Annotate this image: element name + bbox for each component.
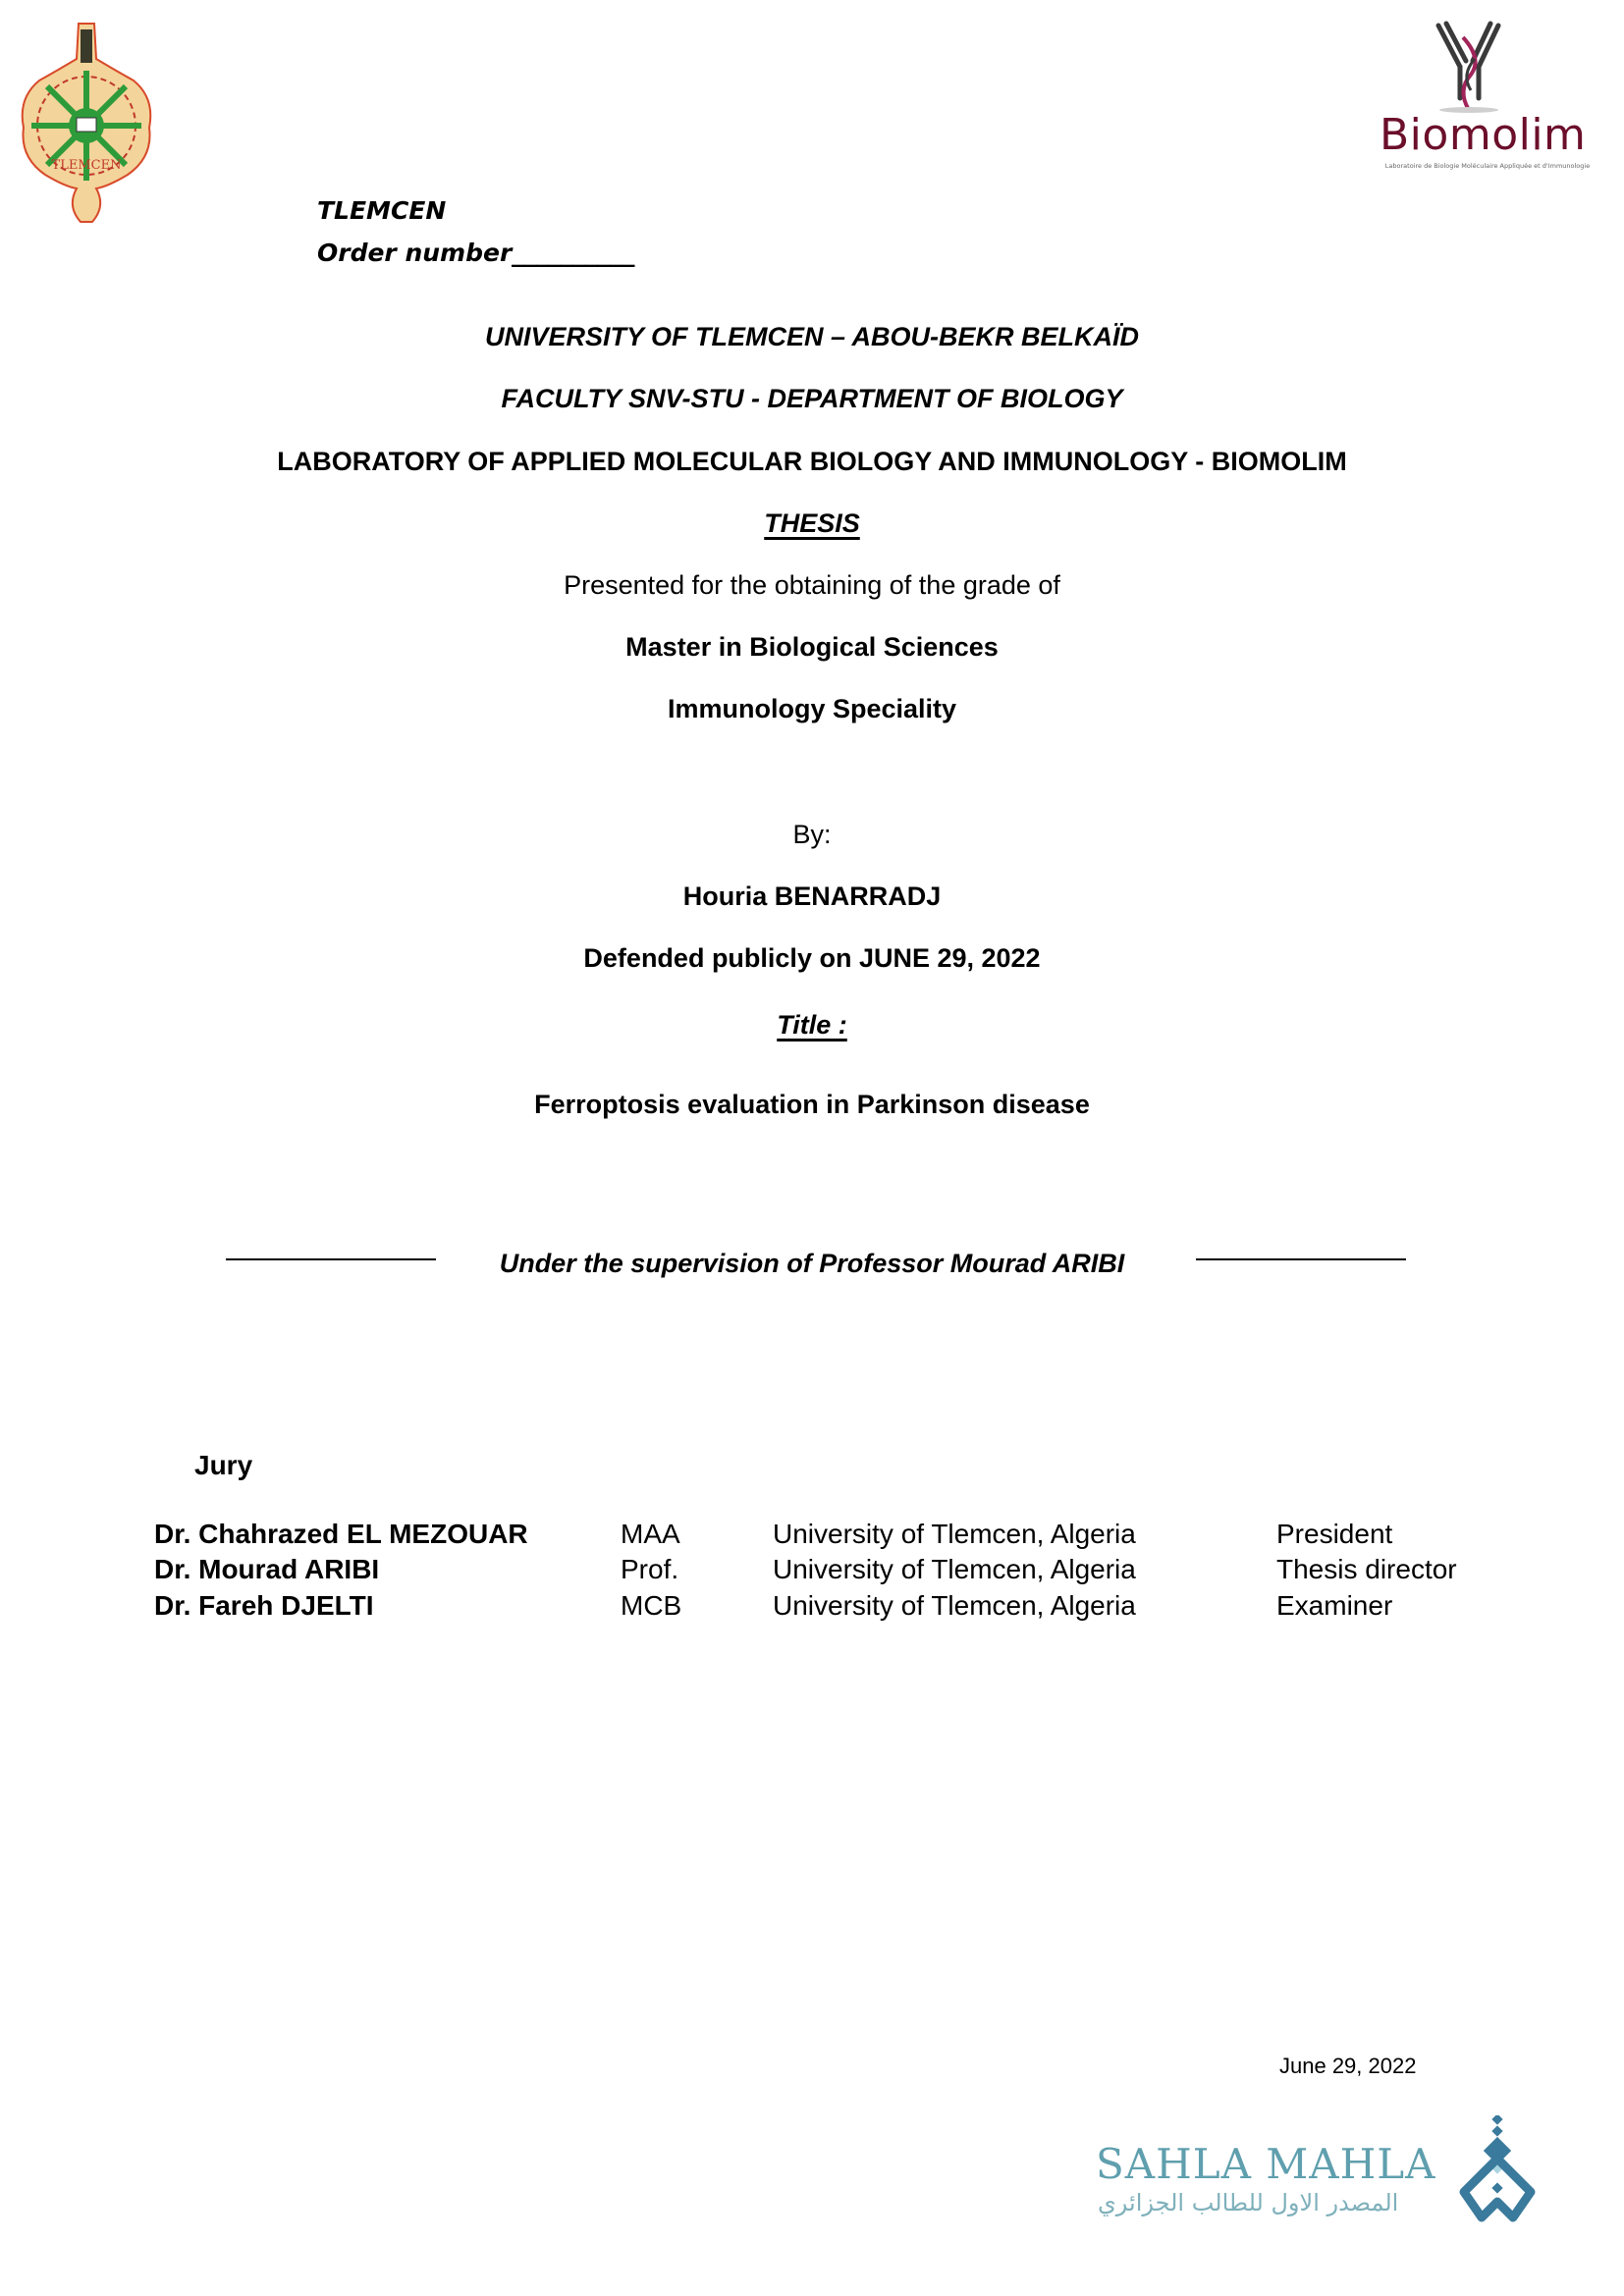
jury-member-grade: MCB — [621, 1590, 681, 1622]
biomolim-subtitle: Laboratoire de Biologie Moléculaire Appl… — [1355, 162, 1620, 170]
faculty-name: FACULTY SNV-STU - DEPARTMENT OF BIOLOGY — [0, 384, 1624, 414]
svg-text:TLEMCEN: TLEMCEN — [52, 158, 122, 173]
speciality-name: Immunology Speciality — [0, 694, 1624, 724]
jury-row: Dr. Chahrazed EL MEZOUAR MAA University … — [0, 1519, 1624, 1554]
footer-date: June 29, 2022 — [1279, 2054, 1416, 2079]
sahla-mahla-wordmark: SAHLA MAHLA — [1096, 2140, 1436, 2188]
jury-row: Dr. Mourad ARIBI Prof. University of Tle… — [0, 1554, 1624, 1589]
sahla-mahla-logo: SAHLA MAHLA المصدر الاول للطالب الجزائري — [1090, 2110, 1542, 2228]
degree-name: Master in Biological Sciences — [0, 632, 1624, 663]
jury-member-grade: Prof. — [621, 1554, 678, 1585]
jury-member-institution: University of Tlemcen, Algeria — [773, 1554, 1136, 1585]
order-number-label: Order number__________ — [317, 239, 634, 267]
jury-member-role: Thesis director — [1276, 1554, 1457, 1585]
supervision-rule-right — [1196, 1258, 1406, 1260]
jury-member-name: Dr. Fareh DJELTI — [154, 1590, 374, 1622]
antibody-dna-icon — [1355, 20, 1620, 113]
jury-label: Jury — [194, 1450, 252, 1481]
calligraphy-emblem-icon — [1458, 2115, 1537, 2223]
jury-row: Dr. Fareh DJELTI MCB University of Tlemc… — [0, 1590, 1624, 1626]
university-logo: TLEMCEN — [18, 20, 155, 226]
jury-member-grade: MAA — [621, 1519, 680, 1550]
jury-member-name: Dr. Mourad ARIBI — [154, 1554, 379, 1585]
biomolim-logo: Biomolim Laboratoire de Biologie Molécul… — [1355, 20, 1620, 177]
jury-member-role: Examiner — [1276, 1590, 1392, 1622]
biomolim-wordmark: Biomolim — [1380, 110, 1586, 160]
author-name: Houria BENARRADJ — [0, 881, 1624, 912]
jury-member-institution: University of Tlemcen, Algeria — [773, 1519, 1136, 1550]
thesis-label: THESIS — [764, 508, 860, 538]
jury-member-role: President — [1276, 1519, 1392, 1550]
sahla-mahla-tagline: المصدر الاول للطالب الجزائري — [1098, 2189, 1398, 2216]
thesis-title: Ferroptosis evaluation in Parkinson dise… — [0, 1090, 1624, 1120]
university-name: UNIVERSITY OF TLEMCEN – ABOU-BEKR BELKAÏ… — [0, 322, 1624, 352]
defense-date: Defended publicly on JUNE 29, 2022 — [0, 943, 1624, 974]
laboratory-name: LABORATORY OF APPLIED MOLECULAR BIOLOGY … — [0, 447, 1624, 477]
jury-member-name: Dr. Chahrazed EL MEZOUAR — [154, 1519, 528, 1550]
title-label: Title : — [777, 1010, 847, 1040]
city-label: TLEMCEN — [317, 196, 446, 225]
supervision-text: Under the supervision of Professor Moura… — [0, 1249, 1624, 1279]
jury-member-institution: University of Tlemcen, Algeria — [773, 1590, 1136, 1622]
presented-for-text: Presented for the obtaining of the grade… — [0, 570, 1624, 601]
by-label: By: — [0, 820, 1624, 850]
university-emblem-icon: TLEMCEN — [18, 20, 155, 226]
